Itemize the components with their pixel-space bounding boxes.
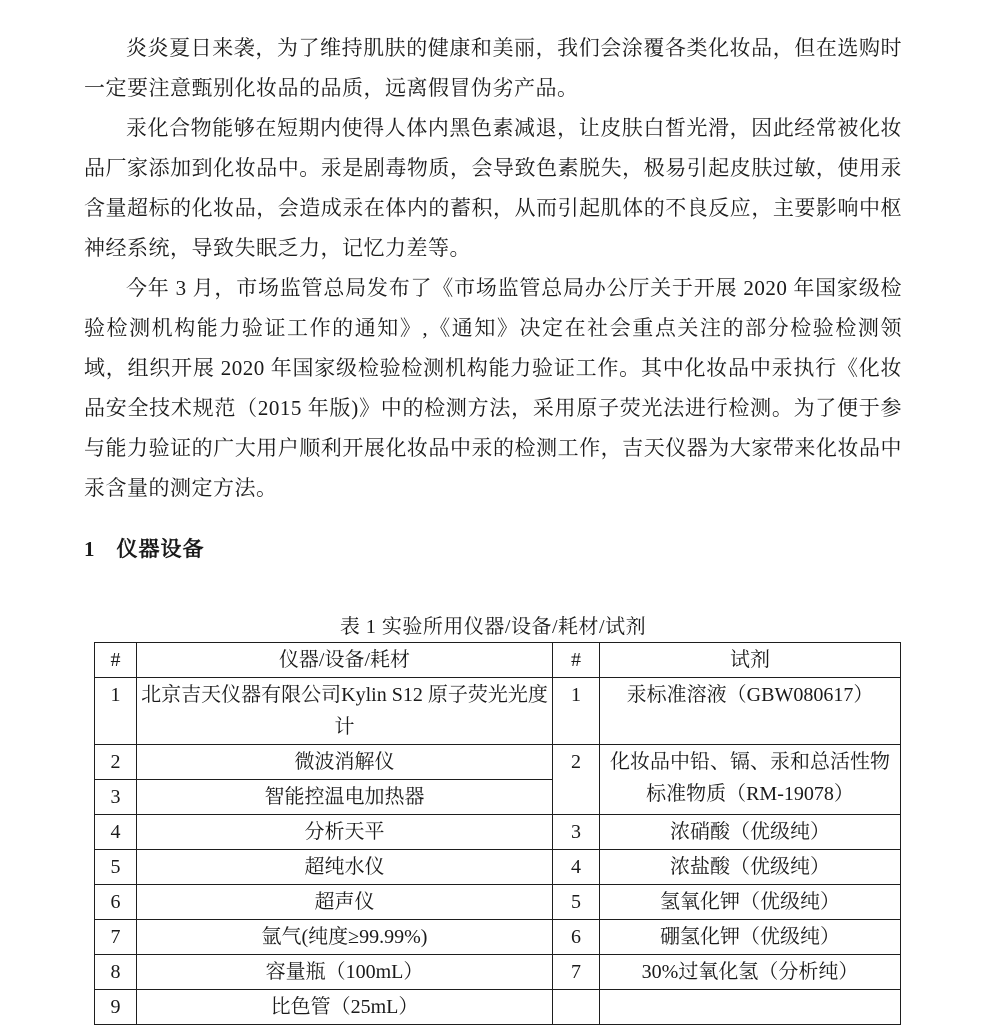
equipment-index-cell: 1 (95, 678, 137, 745)
equipment-reagent-table: # 仪器/设备/耗材 # 试剂 1 北京吉天仪器有限公司Kylin S12 原子… (94, 642, 901, 1025)
table-row: 8 容量瓶（100mL） 7 30%过氧化氢（分析纯） (95, 955, 901, 990)
reagent-name-cell: 氢氧化钾（优级纯） (600, 885, 901, 920)
section-number: 1 (84, 537, 95, 561)
col-header-equipment: 仪器/设备/耗材 (137, 643, 553, 678)
equipment-index-cell: 6 (95, 885, 137, 920)
equipment-index-cell: 7 (95, 920, 137, 955)
table-caption: 表 1 实验所用仪器/设备/耗材/试剂 (84, 612, 902, 642)
reagent-name-cell (600, 990, 901, 1025)
table-header-row: # 仪器/设备/耗材 # 试剂 (95, 643, 901, 678)
document-content: 炎炎夏日来袭，为了维持肌肤的健康和美丽，我们会涂覆各类化妆品，但在选购时一定要注… (84, 28, 902, 1025)
reagent-name-cell: 汞标准溶液（GBW080617） (600, 678, 901, 745)
equipment-name-cell: 比色管（25mL） (137, 990, 553, 1025)
col-header-equipment-index: # (95, 643, 137, 678)
equipment-name-cell: 超纯水仪 (137, 850, 553, 885)
col-header-reagent: 试剂 (600, 643, 901, 678)
reagent-index-cell: 5 (553, 885, 600, 920)
equipment-index-cell: 3 (95, 780, 137, 815)
reagent-name-cell: 30%过氧化氢（分析纯） (600, 955, 901, 990)
equipment-name-cell: 氩气(纯度≥99.99%) (137, 920, 553, 955)
equipment-index-cell: 9 (95, 990, 137, 1025)
equipment-index-cell: 4 (95, 815, 137, 850)
reagent-index-cell: 4 (553, 850, 600, 885)
reagent-name-cell: 化妆品中铅、镉、汞和总活性物标准物质（RM-19078） (600, 745, 901, 815)
table-row: 1 北京吉天仪器有限公司Kylin S12 原子荧光光度计 1 汞标准溶液（GB… (95, 678, 901, 745)
paragraph-intro: 炎炎夏日来袭，为了维持肌肤的健康和美丽，我们会涂覆各类化妆品，但在选购时一定要注… (84, 28, 902, 108)
equipment-name-cell: 微波消解仪 (137, 745, 553, 780)
col-header-reagent-index: # (553, 643, 600, 678)
table-row: 5 超纯水仪 4 浓盐酸（优级纯） (95, 850, 901, 885)
document-page: 炎炎夏日来袭，为了维持肌肤的健康和美丽，我们会涂覆各类化妆品，但在选购时一定要注… (0, 0, 992, 1028)
section-title: 仪器设备 (117, 538, 205, 561)
reagent-index-cell: 2 (553, 745, 600, 815)
equipment-name-cell: 分析天平 (137, 815, 553, 850)
equipment-name-cell: 北京吉天仪器有限公司Kylin S12 原子荧光光度计 (137, 678, 553, 745)
equipment-name-cell: 智能控温电加热器 (137, 780, 553, 815)
equipment-index-cell: 8 (95, 955, 137, 990)
equipment-index-cell: 2 (95, 745, 137, 780)
equipment-name-cell: 超声仪 (137, 885, 553, 920)
paragraph-regulation: 今年 3 月，市场监管总局发布了《市场监管总局办公厅关于开展 2020 年国家级… (84, 268, 902, 508)
equipment-name-cell: 容量瓶（100mL） (137, 955, 553, 990)
reagent-index-cell: 6 (553, 920, 600, 955)
reagent-name-cell: 浓盐酸（优级纯） (600, 850, 901, 885)
table-row: 6 超声仪 5 氢氧化钾（优级纯） (95, 885, 901, 920)
reagent-index-cell: 3 (553, 815, 600, 850)
table-row: 9 比色管（25mL） (95, 990, 901, 1025)
table-row: 7 氩气(纯度≥99.99%) 6 硼氢化钾（优级纯） (95, 920, 901, 955)
equipment-index-cell: 5 (95, 850, 137, 885)
reagent-index-cell: 7 (553, 955, 600, 990)
section-heading: 1仪器设备 (84, 534, 902, 565)
paragraph-mercury-effects: 汞化合物能够在短期内使得人体内黑色素减退，让皮肤白皙光滑，因此经常被化妆品厂家添… (84, 108, 902, 268)
reagent-name-cell: 浓硝酸（优级纯） (600, 815, 901, 850)
table-row: 4 分析天平 3 浓硝酸（优级纯） (95, 815, 901, 850)
table-row: 2 微波消解仪 2 化妆品中铅、镉、汞和总活性物标准物质（RM-19078） (95, 745, 901, 780)
reagent-index-cell (553, 990, 600, 1025)
reagent-name-cell: 硼氢化钾（优级纯） (600, 920, 901, 955)
reagent-index-cell: 1 (553, 678, 600, 745)
